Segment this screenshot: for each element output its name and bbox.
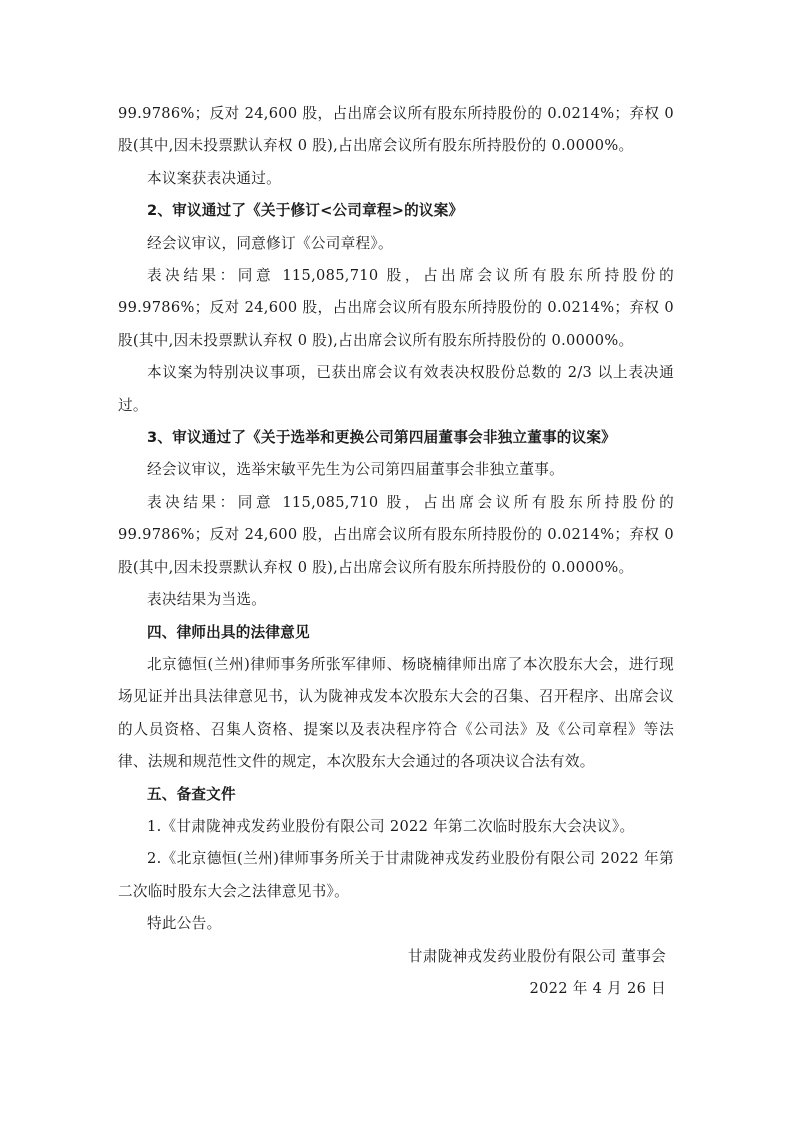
reference-document-1: 1.《甘肃陇神戎发药业股份有限公司 2022 年第二次临时股东大会决议》。 <box>118 811 674 843</box>
motion-3-elected-note: 表决结果为当选。 <box>118 584 674 616</box>
motion-3-vote-result: 表决结果：同意 115,085,710 股，占出席会议所有股东所持股份的 99.… <box>118 487 674 584</box>
announcement-closing: 特此公告。 <box>118 908 674 940</box>
legal-opinion-body: 北京德恒(兰州)律师事务所张军律师、杨晓楠律师出席了本次股东大会，进行现场见证并… <box>118 649 674 779</box>
motion-2-special-resolution-note: 本议案为特别决议事项，已获出席会议有效表决权股份总数的 2/3 以上表决通过。 <box>118 357 674 422</box>
signature-company: 甘肃陇神戎发药业股份有限公司 董事会 <box>118 941 666 973</box>
vote-result-continued: 99.9786%；反对 24,600 股，占出席会议所有股东所持股份的 0.02… <box>118 98 674 163</box>
motion-1-passed-note: 本议案获表决通过。 <box>118 163 674 195</box>
heading-reference-documents: 五、备查文件 <box>118 779 674 811</box>
heading-legal-opinion: 四、律师出具的法律意见 <box>118 617 674 649</box>
motion-2-vote-result: 表决结果：同意 115,085,710 股，占出席会议所有股东所持股份的 99.… <box>118 260 674 357</box>
signature-date: 2022 年 4 月 26 日 <box>118 973 666 1005</box>
document-page: 99.9786%；反对 24,600 股，占出席会议所有股东所持股份的 0.02… <box>118 98 674 1005</box>
motion-2-review: 经会议审议，同意修订《公司章程》。 <box>118 228 674 260</box>
heading-motion-2: 2、审议通过了《关于修订<公司章程>的议案》 <box>118 195 674 227</box>
heading-motion-3: 3、审议通过了《关于选举和更换公司第四届董事会非独立董事的议案》 <box>118 422 674 454</box>
reference-document-2: 2.《北京德恒(兰州)律师事务所关于甘肃陇神戎发药业股份有限公司 2022 年第… <box>118 843 674 908</box>
motion-3-review: 经会议审议，选举宋敏平先生为公司第四届董事会非独立董事。 <box>118 454 674 486</box>
